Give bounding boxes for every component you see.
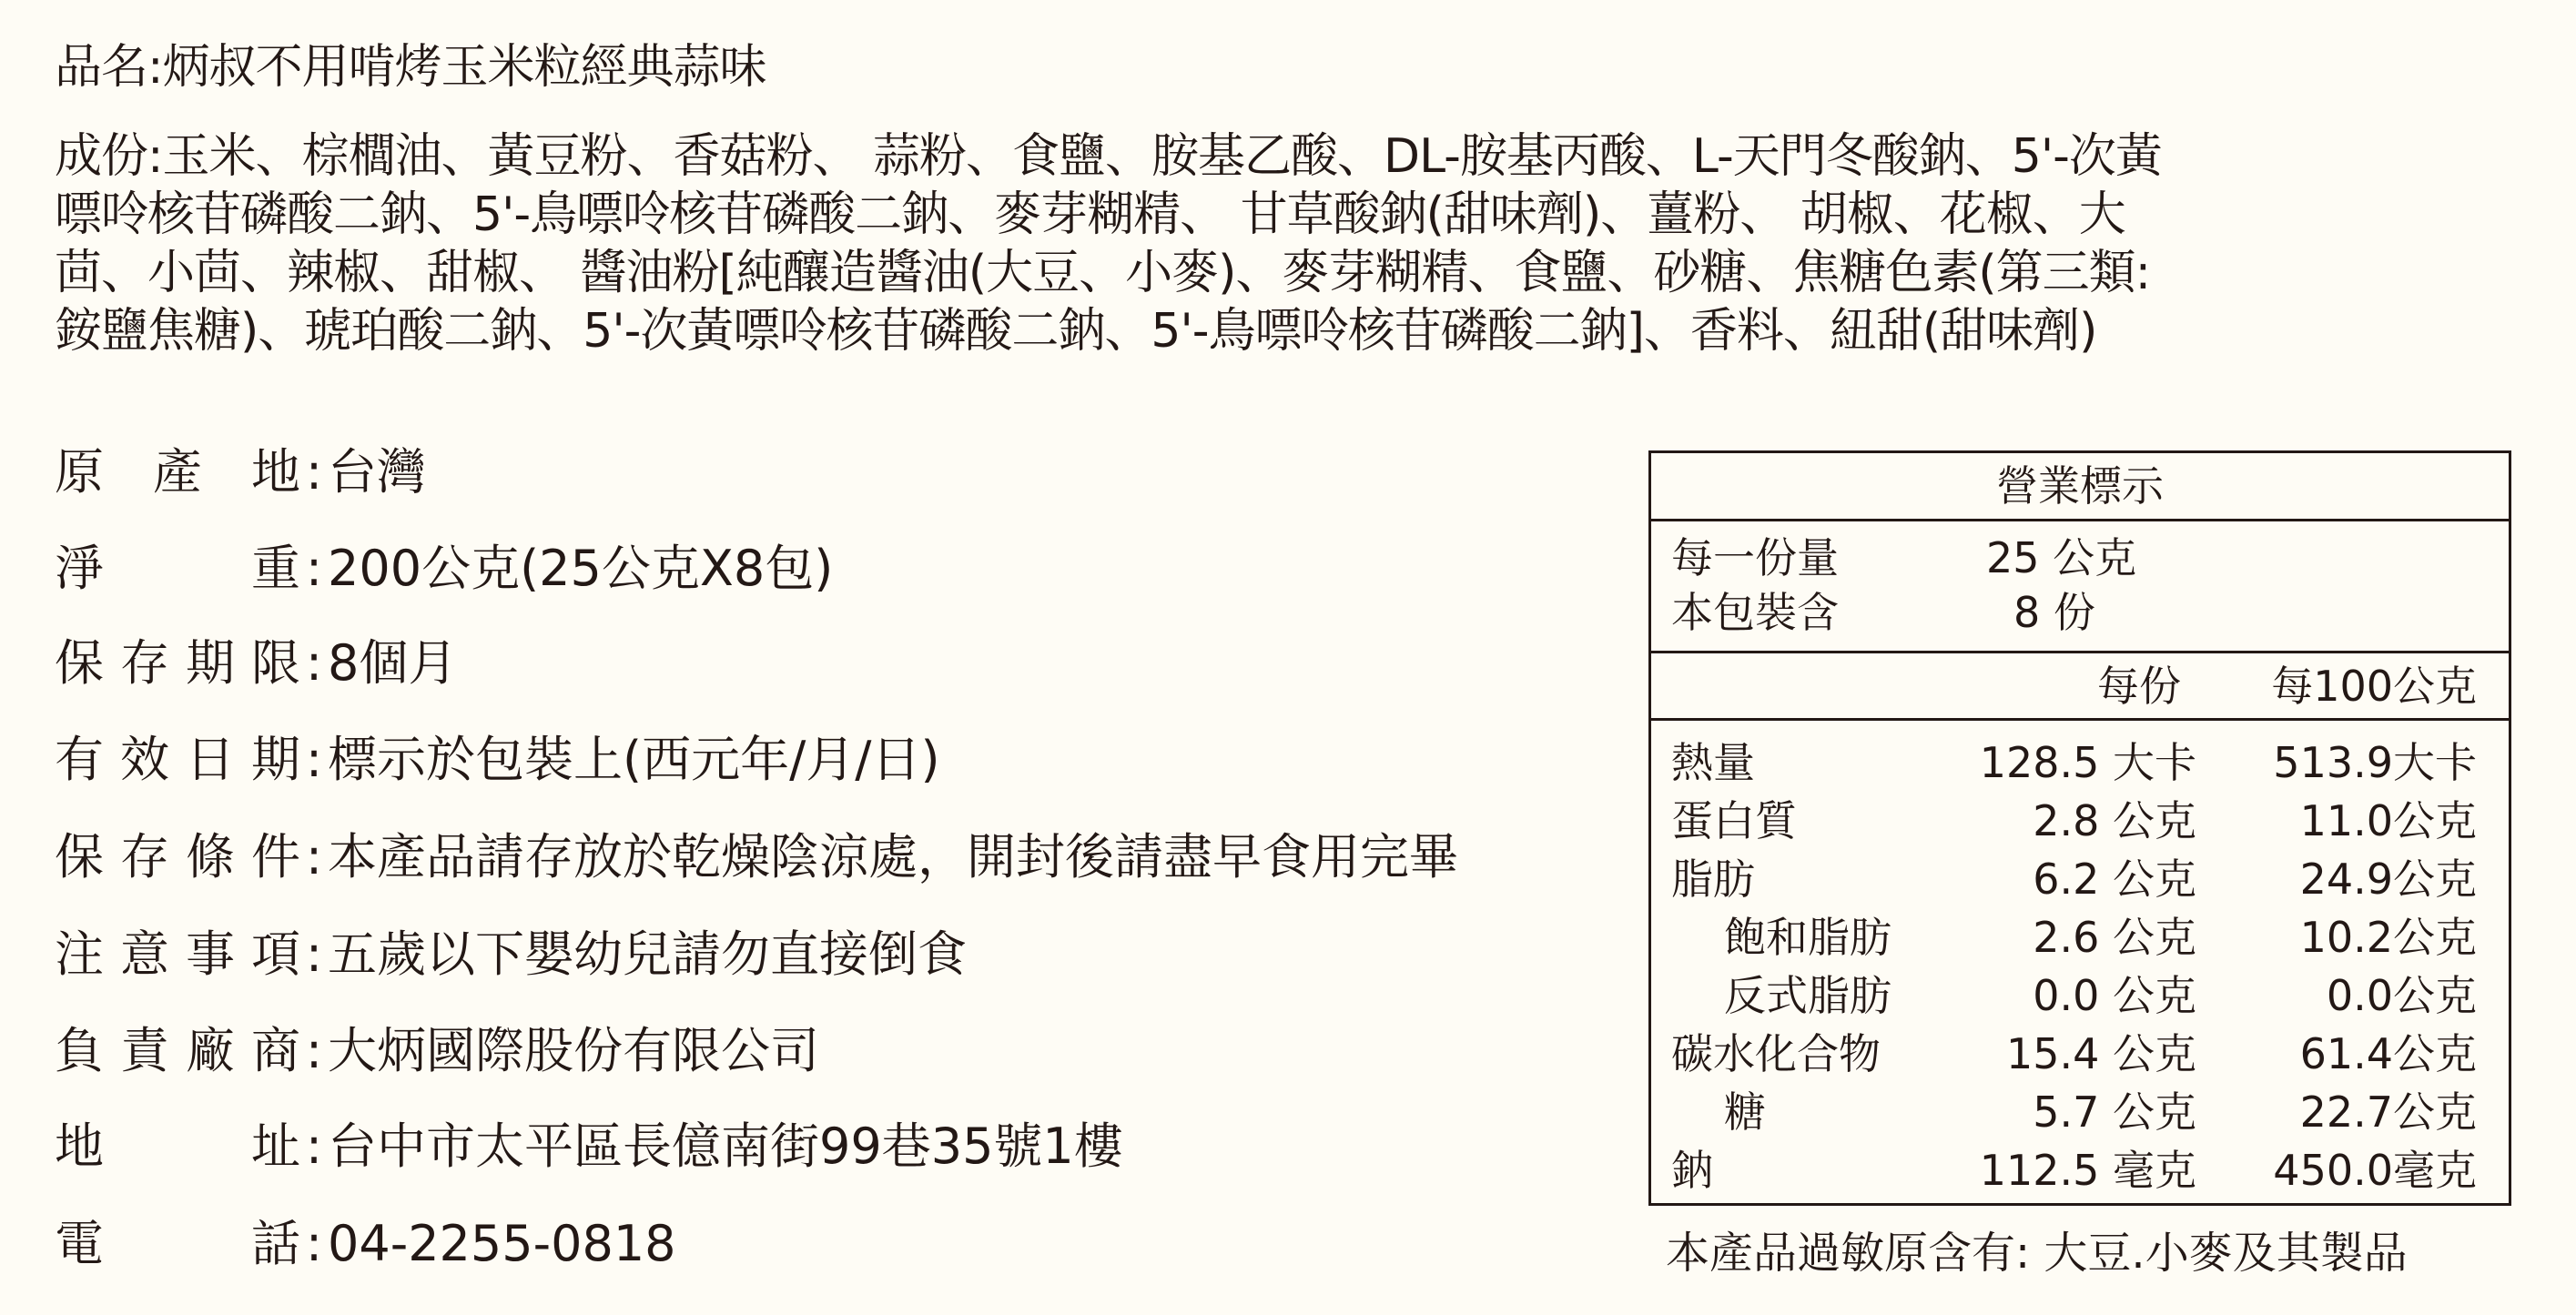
nutrition-row: 碳水化合物15.4 公克61.4公克 [1651, 1025, 2509, 1083]
info-row: 地址:台中市太平區長億南街99巷35號1樓 [55, 1118, 1123, 1176]
info-label-char: 事 [186, 926, 235, 984]
info-colon: : [300, 1118, 328, 1176]
per-serving-value: 6.2 公克 [2033, 850, 2196, 908]
ingredients-line: 成份:玉米、棕櫚油、黃豆粉、香菇粉、 蒜粉、食鹽、胺基乙酸、DL-胺基丙酸、L-… [55, 127, 2512, 186]
info-value: 200公克(25公克X8包) [328, 540, 833, 598]
per-100g-value: 24.9公克 [2300, 850, 2477, 908]
per-serving-value: 112.5 毫克 [1980, 1141, 2196, 1199]
per-serving-value: 15.4 公克 [2006, 1025, 2196, 1083]
ingredients-line: 銨鹽焦糖)、琥珀酸二鈉、5'-次黃嘌呤核苷磷酸二鈉、5'-鳥嘌呤核苷磷酸二鈉]、… [55, 302, 2512, 360]
per-serving-value: 128.5 大卡 [1980, 733, 2196, 792]
col-per-serving: 每份 [2097, 653, 2181, 719]
info-row: 負責廠商:大炳國際股份有限公司 [55, 1022, 819, 1080]
nutrient-name: 碳水化合物 [1671, 1025, 1881, 1083]
info-label: 原產地 [55, 443, 300, 501]
info-colon: : [300, 1022, 328, 1080]
nutrition-rows: 熱量128.5 大卡513.9大卡蛋白質2.8 公克11.0公克脂肪6.2 公克… [1651, 721, 2509, 1203]
info-label-char: 地 [55, 1118, 104, 1176]
nutrition-row: 熱量128.5 大卡513.9大卡 [1651, 733, 2509, 792]
per-serving-value: 0.0 公克 [2033, 966, 2196, 1025]
nutrition-facts-table: 營業標示 每一份量 25 公克 本包裝含 8 份 每份 每100公克 熱量128… [1648, 450, 2511, 1206]
info-label-char: 址 [251, 1118, 300, 1176]
info-label-char: 重 [251, 540, 300, 598]
info-colon: : [300, 540, 328, 598]
info-label: 淨重 [55, 540, 300, 598]
per-100g-value: 61.4公克 [2300, 1025, 2477, 1083]
per-100g-value: 450.0毫克 [2273, 1141, 2477, 1199]
info-row: 保存條件:本產品請存放於乾燥陰涼處，開封後請盡早食用完畢 [55, 828, 1458, 886]
nutrient-name: 熱量 [1671, 733, 1755, 792]
info-row: 注意事項:五歲以下嬰幼兒請勿直接倒食 [55, 926, 967, 984]
info-label-char: 日 [186, 731, 235, 789]
info-row: 保存期限:8個月 [55, 634, 457, 693]
nutrition-row: 蛋白質2.8 公克11.0公克 [1651, 792, 2509, 850]
nutrition-row: 鈉112.5 毫克450.0毫克 [1651, 1141, 2509, 1199]
info-label-char: 淨 [55, 540, 104, 598]
info-label-char: 意 [120, 926, 169, 984]
info-label-char: 存 [120, 828, 169, 886]
info-colon: : [300, 634, 328, 693]
info-label: 注意事項 [55, 926, 300, 984]
per-serving-value: 2.8 公克 [2033, 792, 2196, 850]
info-label-char: 地 [251, 443, 300, 501]
serving-size-value: 25 公克 [1986, 532, 2136, 583]
info-label-char: 期 [186, 634, 235, 693]
product-name: 品名:炳叔不用啃烤玉米粒經典蒜味 [55, 38, 766, 96]
allergen-statement: 本產品過敏原含有: 大豆.小麥及其製品 [1666, 1224, 2408, 1282]
info-label-char: 廠 [186, 1022, 235, 1080]
info-label: 保存期限 [55, 634, 300, 693]
nutrient-name: 糖 [1724, 1083, 1766, 1141]
info-colon: : [300, 926, 328, 984]
ingredients: 成份:玉米、棕櫚油、黃豆粉、香菇粉、 蒜粉、食鹽、胺基乙酸、DL-胺基丙酸、L-… [55, 127, 2512, 360]
info-label-char: 原 [55, 443, 104, 501]
servings-value: 8 份 [2013, 587, 2095, 638]
info-label-char: 期 [251, 731, 300, 789]
nutrition-row: 糖5.7 公克22.7公克 [1651, 1083, 2509, 1141]
info-label: 地址 [55, 1118, 300, 1176]
nutrient-name: 脂肪 [1671, 850, 1755, 908]
info-label-char: 責 [120, 1022, 169, 1080]
info-colon: : [300, 1215, 328, 1273]
info-label-char: 有 [55, 731, 104, 789]
info-label-char: 電 [55, 1215, 104, 1273]
info-value: 五歲以下嬰幼兒請勿直接倒食 [328, 926, 967, 984]
info-label: 電話 [55, 1215, 300, 1273]
col-per-100g: 每100公克 [2271, 653, 2477, 719]
info-label-char: 商 [251, 1022, 300, 1080]
info-value: 標示於包裝上(西元年/月/日) [328, 731, 940, 789]
serving-size-label: 每一份量 [1671, 532, 1839, 583]
info-label-char: 負 [55, 1022, 104, 1080]
info-label-char: 條 [186, 828, 235, 886]
nutrition-title: 營業標示 [1651, 453, 2509, 521]
per-100g-value: 11.0公克 [2300, 792, 2477, 850]
nutrient-name: 反式脂肪 [1724, 966, 1891, 1025]
ingredients-line: 茴、小茴、辣椒、甜椒、 醬油粉[純釀造醬油(大豆、小麥)、麥芽糊精、食鹽、砂糖、… [55, 244, 2512, 302]
per-100g-value: 513.9大卡 [2273, 733, 2477, 792]
nutrient-name: 鈉 [1671, 1141, 1713, 1199]
info-colon: : [300, 828, 328, 886]
info-colon: : [300, 443, 328, 501]
info-label-char: 項 [251, 926, 300, 984]
info-colon: : [300, 731, 328, 789]
info-value: 04-2255-0818 [328, 1215, 676, 1273]
info-row: 原產地:台灣 [55, 443, 426, 501]
nutrition-serving-info: 每一份量 25 公克 本包裝含 8 份 [1651, 521, 2509, 653]
ingredients-line: 嘌呤核苷磷酸二鈉、5'-鳥嘌呤核苷磷酸二鈉、麥芽糊精、 甘草酸鈉(甜味劑)、薑粉… [55, 186, 2512, 244]
nutrition-row: 脂肪6.2 公克24.9公克 [1651, 850, 2509, 908]
info-label-char: 件 [251, 828, 300, 886]
info-label: 有效日期 [55, 731, 300, 789]
per-serving-value: 5.7 公克 [2033, 1083, 2196, 1141]
info-label-char: 效 [120, 731, 169, 789]
per-serving-value: 2.6 公克 [2033, 908, 2196, 966]
nutrient-name: 蛋白質 [1671, 792, 1797, 850]
info-value: 本產品請存放於乾燥陰涼處，開封後請盡早食用完畢 [328, 828, 1458, 886]
info-value: 台中市太平區長億南街99巷35號1樓 [328, 1118, 1123, 1176]
info-label-char: 存 [120, 634, 169, 693]
info-row: 淨重:200公克(25公克X8包) [55, 540, 833, 598]
info-label: 保存條件 [55, 828, 300, 886]
info-label: 負責廠商 [55, 1022, 300, 1080]
info-label-char: 注 [55, 926, 104, 984]
info-label-char: 話 [251, 1215, 300, 1273]
info-label-char: 保 [55, 828, 104, 886]
nutrition-column-headers: 每份 每100公克 [1651, 653, 2509, 721]
info-value: 大炳國際股份有限公司 [328, 1022, 819, 1080]
per-100g-value: 0.0公克 [2327, 966, 2477, 1025]
info-row: 有效日期:標示於包裝上(西元年/月/日) [55, 731, 940, 789]
per-100g-value: 22.7公克 [2300, 1083, 2477, 1141]
info-label-char: 限 [251, 634, 300, 693]
per-100g-value: 10.2公克 [2300, 908, 2477, 966]
info-value: 台灣 [328, 443, 426, 501]
nutrition-row: 飽和脂肪2.6 公克10.2公克 [1651, 908, 2509, 966]
info-row: 電話:04-2255-0818 [55, 1215, 676, 1273]
servings-label: 本包裝含 [1671, 587, 1839, 638]
info-label-char: 保 [55, 634, 104, 693]
nutrient-name: 飽和脂肪 [1724, 908, 1891, 966]
nutrition-row: 反式脂肪0.0 公克0.0公克 [1651, 966, 2509, 1025]
info-value: 8個月 [328, 634, 457, 693]
info-label-char: 產 [153, 443, 202, 501]
